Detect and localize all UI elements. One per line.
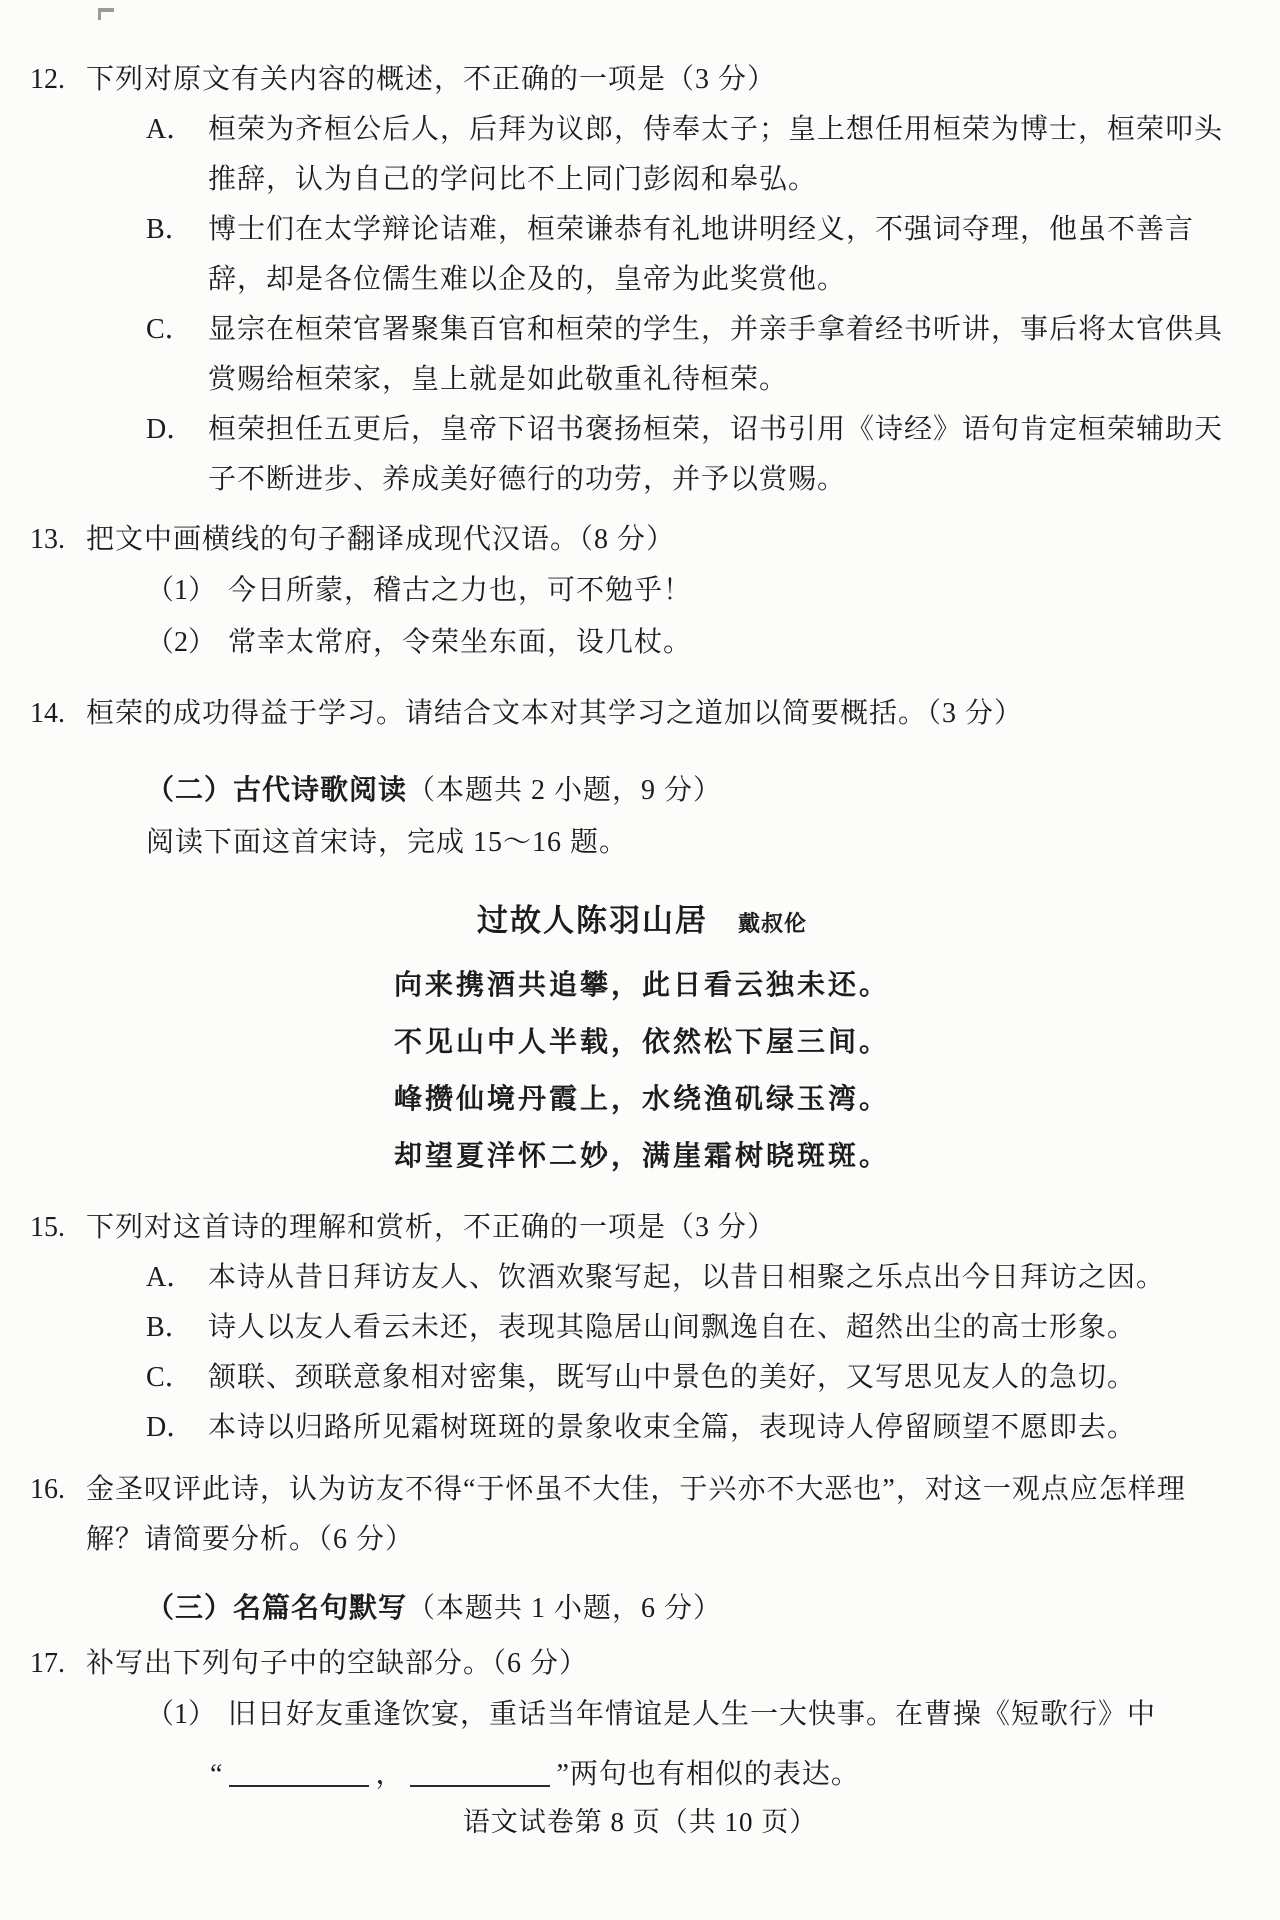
question-number: 17. bbox=[30, 1639, 86, 1689]
question-15: 15. 下列对这首诗的理解和赏析，不正确的一项是（3 分） bbox=[30, 1203, 1254, 1253]
fill-in-blank-line: “，”两句也有相似的表达。 bbox=[210, 1749, 1254, 1801]
question-number: 16. bbox=[30, 1465, 86, 1565]
option-label: A． bbox=[146, 1253, 208, 1303]
section-points: （本题共 2 小题，9 分） bbox=[407, 775, 722, 806]
poem-line: 却望夏洋怀二妙，满崖霜树晓斑斑。 bbox=[30, 1128, 1254, 1185]
poem-line: 向来携酒共追攀，此日看云独未还。 bbox=[30, 957, 1254, 1014]
option-label: A． bbox=[146, 105, 208, 205]
exam-page: 12. 下列对原文有关内容的概述，不正确的一项是（3 分） A． 桓荣为齐桓公后… bbox=[0, 0, 1280, 1920]
question-13: 13. 把文中画横线的句子翻译成现代汉语。（8 分） bbox=[30, 515, 1254, 565]
option-text: 本诗以归路所见霜树斑斑的景象收束全篇，表现诗人停留顾望不愿即去。 bbox=[208, 1403, 1136, 1453]
page-footer: 语文试卷第 8 页（共 10 页） bbox=[0, 1800, 1280, 1839]
option-text: 颔联、颈联意象相对密集，既写山中景色的美好，又写思见友人的急切。 bbox=[208, 1353, 1136, 1403]
section-points: （本题共 1 小题，6 分） bbox=[407, 1593, 722, 1624]
option-label: C． bbox=[146, 305, 208, 405]
subitem-text: 旧日好友重逢饮宴，重话当年情谊是人生一大快事。在曹操《短歌行》中 bbox=[228, 1689, 1156, 1741]
subitem-label: （1） bbox=[146, 565, 228, 617]
option-label: B． bbox=[146, 1303, 208, 1353]
question-14: 14. 桓荣的成功得益于学习。请结合文本对其学习之道加以简要概括。（3 分） bbox=[30, 689, 1254, 739]
question-stem: 把文中画横线的句子翻译成现代汉语。（8 分） bbox=[86, 515, 675, 565]
question-12: 12. 下列对原文有关内容的概述，不正确的一项是（3 分） bbox=[30, 55, 1254, 105]
subitem-text: 常幸太常府，令荣坐东面，设几杖。 bbox=[228, 617, 692, 669]
scan-artifact bbox=[100, 8, 114, 12]
option-b: B． 博士们在太学辩论诘难，桓荣谦恭有礼地讲明经义，不强词夺理，他虽不善言辞，却… bbox=[146, 205, 1254, 305]
option-text: 诗人以友人看云未还，表现其隐居山间飘逸自在、超然出尘的高士形象。 bbox=[208, 1303, 1136, 1353]
option-c: C． 颔联、颈联意象相对密集，既写山中景色的美好，又写思见友人的急切。 bbox=[146, 1353, 1254, 1403]
quote-open: “ bbox=[210, 1759, 223, 1790]
poem-header: 过故人陈羽山居戴叔伦 bbox=[30, 891, 1254, 957]
question-stem: 金圣叹评此诗，认为访友不得“于怀虽不大佳，于兴亦不大恶也”，对这一观点应怎样理解… bbox=[86, 1465, 1196, 1565]
question-stem: 下列对这首诗的理解和赏析，不正确的一项是（3 分） bbox=[86, 1203, 776, 1253]
poem-title: 过故人陈羽山居 bbox=[477, 903, 708, 938]
answer-blank bbox=[410, 1755, 550, 1787]
option-c: C． 显宗在桓荣官署聚集百官和桓荣的学生，并亲手拿着经书听讲，事后将太官供具赏赐… bbox=[146, 305, 1254, 405]
option-d: D． 本诗以归路所见霜树斑斑的景象收束全篇，表现诗人停留顾望不愿即去。 bbox=[146, 1403, 1254, 1453]
option-text: 桓荣为齐桓公后人，后拜为议郎，侍奉太子；皇上想任用桓荣为博士，桓荣叩头推辞，认为… bbox=[208, 105, 1226, 205]
question-stem: 补写出下列句子中的空缺部分。（6 分） bbox=[86, 1639, 588, 1689]
question-stem: 桓荣的成功得益于学习。请结合文本对其学习之道加以简要概括。（3 分） bbox=[86, 689, 1023, 739]
poem-block: 过故人陈羽山居戴叔伦 向来携酒共追攀，此日看云独未还。 不见山中人半载，依然松下… bbox=[30, 891, 1254, 1185]
question-13-item-1: （1） 今日所蒙，稽古之力也，可不勉乎！ bbox=[146, 565, 1254, 617]
option-label: D． bbox=[146, 405, 208, 505]
question-12-options: A． 桓荣为齐桓公后人，后拜为议郎，侍奉太子；皇上想任用桓荣为博士，桓荣叩头推辞… bbox=[146, 105, 1254, 505]
option-a: A． 本诗从昔日拜访友人、饮酒欢聚写起，以昔日相聚之乐点出今日拜访之因。 bbox=[146, 1253, 1254, 1303]
separator: ， bbox=[375, 1759, 404, 1790]
subitem-label: （2） bbox=[146, 617, 228, 669]
option-a: A． 桓荣为齐桓公后人，后拜为议郎，侍奉太子；皇上想任用桓荣为博士，桓荣叩头推辞… bbox=[146, 105, 1254, 205]
option-text: 本诗从昔日拜访友人、饮酒欢聚写起，以昔日相聚之乐点出今日拜访之因。 bbox=[208, 1253, 1165, 1303]
question-number: 12. bbox=[30, 55, 86, 105]
option-text: 显宗在桓荣官署聚集百官和桓荣的学生，并亲手拿着经书听讲，事后将太官供具赏赐给桓荣… bbox=[208, 305, 1226, 405]
option-text: 博士们在太学辩论诘难，桓荣谦恭有礼地讲明经义，不强词夺理，他虽不善言辞，却是各位… bbox=[208, 205, 1226, 305]
poem-line: 峰攒仙境丹霞上，水绕渔矶绿玉湾。 bbox=[30, 1071, 1254, 1128]
answer-blank bbox=[229, 1755, 369, 1787]
section-title: （三）名篇名句默写 bbox=[146, 1593, 407, 1624]
section-heading-3: （三）名篇名句默写（本题共 1 小题，6 分） bbox=[146, 1583, 1254, 1635]
option-label: D． bbox=[146, 1403, 208, 1453]
subitem-text: 今日所蒙，稽古之力也，可不勉乎！ bbox=[228, 565, 692, 617]
blank-line-suffix: 两句也有相似的表达。 bbox=[570, 1759, 860, 1790]
page-content: 12. 下列对原文有关内容的概述，不正确的一项是（3 分） A． 桓荣为齐桓公后… bbox=[30, 55, 1254, 1801]
section-2-intro: 阅读下面这首宋诗，完成 15～16 题。 bbox=[146, 817, 1254, 869]
option-label: C． bbox=[146, 1353, 208, 1403]
scan-artifact bbox=[98, 8, 101, 20]
question-number: 13. bbox=[30, 515, 86, 565]
question-15-options: A． 本诗从昔日拜访友人、饮酒欢聚写起，以昔日相聚之乐点出今日拜访之因。 B． … bbox=[146, 1253, 1254, 1453]
option-label: B． bbox=[146, 205, 208, 305]
option-text: 桓荣担任五更后，皇帝下诏书褒扬桓荣，诏书引用《诗经》语句肯定桓荣辅助天子不断进步… bbox=[208, 405, 1226, 505]
option-d: D． 桓荣担任五更后，皇帝下诏书褒扬桓荣，诏书引用《诗经》语句肯定桓荣辅助天子不… bbox=[146, 405, 1254, 505]
poem-line: 不见山中人半载，依然松下屋三间。 bbox=[30, 1014, 1254, 1071]
section-heading-2: （二）古代诗歌阅读（本题共 2 小题，9 分） bbox=[146, 765, 1254, 817]
section-title: （二）古代诗歌阅读 bbox=[146, 775, 407, 806]
poem-author: 戴叔伦 bbox=[738, 911, 807, 936]
question-number: 14. bbox=[30, 689, 86, 739]
question-17-item-1: （1） 旧日好友重逢饮宴，重话当年情谊是人生一大快事。在曹操《短歌行》中 bbox=[146, 1689, 1254, 1741]
quote-close: ” bbox=[556, 1759, 569, 1790]
question-17: 17. 补写出下列句子中的空缺部分。（6 分） bbox=[30, 1639, 1254, 1689]
question-13-item-2: （2） 常幸太常府，令荣坐东面，设几杖。 bbox=[146, 617, 1254, 669]
question-16: 16. 金圣叹评此诗，认为访友不得“于怀虽不大佳，于兴亦不大恶也”，对这一观点应… bbox=[30, 1465, 1254, 1565]
question-number: 15. bbox=[30, 1203, 86, 1253]
question-stem: 下列对原文有关内容的概述，不正确的一项是（3 分） bbox=[86, 55, 776, 105]
option-b: B． 诗人以友人看云未还，表现其隐居山间飘逸自在、超然出尘的高士形象。 bbox=[146, 1303, 1254, 1353]
subitem-label: （1） bbox=[146, 1689, 228, 1741]
